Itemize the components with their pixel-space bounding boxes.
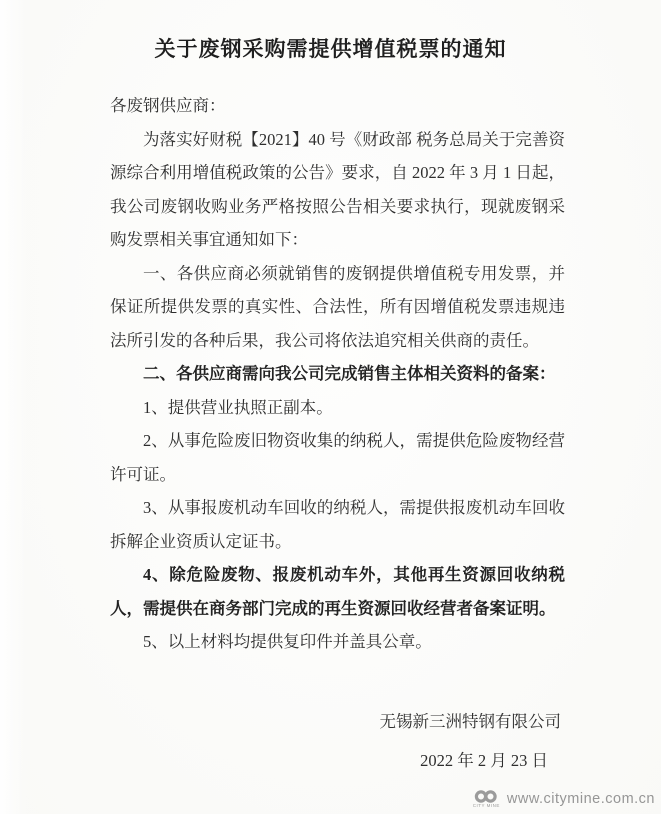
- watermark-url: www.citymine.com.cn: [507, 791, 655, 807]
- citymine-logo-label: CITY MINE: [473, 804, 500, 809]
- paragraph-item-1: 一、各供应商必须就销售的废钢提供增值税专用发票，并保证所提供发票的真实性、合法性…: [110, 257, 565, 358]
- citymine-logo-icon: CITY MINE: [473, 790, 500, 809]
- salutation: 各废钢供应商：: [110, 89, 565, 123]
- signature-date: 2022 年 2 月 23 日: [110, 744, 565, 778]
- document-body: 各废钢供应商： 为落实好财税【2021】40 号《财政部 税务总局关于完善资源综…: [0, 63, 661, 778]
- signature-block: 无锡新三洲特钢有限公司 2022 年 2 月 23 日: [110, 705, 565, 778]
- paragraph-intro: 为落实好财税【2021】40 号《财政部 税务总局关于完善资源综合利用增值税政策…: [110, 123, 565, 257]
- signature-company: 无锡新三洲特钢有限公司: [110, 705, 565, 739]
- paragraph-sub-2: 2、从事危险废旧物资收集的纳税人，需提供危险废物经营许可证。: [110, 424, 565, 491]
- watermark: CITY MINE www.citymine.com.cn: [473, 790, 655, 809]
- paragraph-item-2: 二、各供应商需向我公司完成销售主体相关资料的备案：: [110, 357, 565, 391]
- paragraph-sub-3: 3、从事报废机动车回收的纳税人，需提供报废机动车回收拆解企业资质认定证书。: [110, 491, 565, 558]
- paragraph-sub-5: 5、以上材料均提供复印件并盖具公章。: [110, 625, 565, 659]
- document-page: 关于废钢采购需提供增值税票的通知 各废钢供应商： 为落实好财税【2021】40 …: [0, 0, 661, 814]
- paragraph-sub-1: 1、提供营业执照正副本。: [110, 391, 565, 425]
- page-title: 关于废钢采购需提供增值税票的通知: [0, 33, 661, 63]
- paragraph-sub-4: 4、除危险废物、报废机动车外，其他再生资源回收纳税人，需提供在商务部门完成的再生…: [110, 558, 565, 625]
